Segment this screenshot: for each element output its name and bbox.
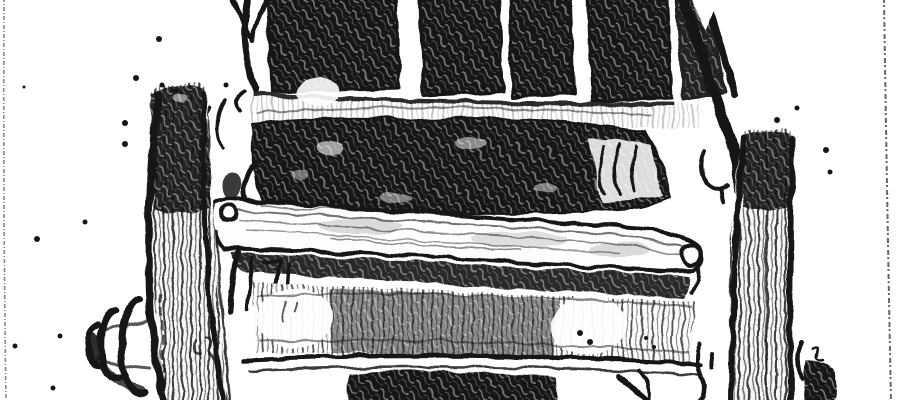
ink-speckle	[174, 89, 179, 94]
right-wheel	[729, 129, 794, 400]
beam-shade	[318, 218, 402, 234]
body-panel	[420, 0, 502, 96]
white-fleck	[534, 183, 556, 193]
ink-speckle	[795, 106, 800, 111]
beam-right-ring	[681, 245, 701, 265]
ink-speckle	[58, 334, 63, 339]
ink-speckle	[156, 36, 162, 42]
right-wheel-right-edge	[790, 138, 792, 400]
ink-speckle	[774, 117, 780, 123]
white-cloud	[296, 78, 340, 106]
ink-speckle	[160, 83, 165, 88]
white-fleck	[379, 193, 411, 203]
beam-shade	[590, 243, 650, 257]
ink-speckle	[644, 336, 648, 340]
ink-speckle	[122, 141, 128, 147]
ink-speckle	[51, 386, 56, 391]
ink-speckle	[122, 120, 128, 126]
body-panel	[509, 0, 574, 97]
ink-speckle	[13, 344, 18, 349]
beam-left-ring	[221, 205, 237, 221]
ink-speckle	[577, 330, 583, 336]
beam-shade	[472, 232, 568, 248]
right-wheel-dark-top	[740, 130, 793, 211]
ink-speckle	[133, 75, 139, 81]
dark-blob	[222, 172, 242, 200]
body-panel	[588, 0, 672, 101]
ink-speckle	[83, 220, 88, 225]
cart-sketch-figure: Rough black ink sketch of an old wooden …	[0, 0, 900, 400]
ink-speckle	[587, 339, 593, 345]
white-fleck	[317, 141, 343, 155]
white-fleck	[291, 170, 309, 180]
ink-speckle	[23, 86, 26, 89]
sketch-page: Rough black ink sketch of an old wooden …	[0, 0, 900, 400]
ink-speckle	[828, 170, 833, 175]
ink-speckle	[652, 345, 656, 349]
hatch-band-dark-overlay	[330, 288, 558, 360]
white-patch-left	[257, 288, 333, 348]
ink-speckle	[823, 147, 829, 153]
white-fleck	[173, 94, 187, 102]
ink-speckle	[34, 236, 40, 242]
ink-speckle	[224, 83, 229, 88]
bottom-center-blob	[347, 370, 559, 400]
white-fleck	[455, 137, 485, 149]
body-panel	[268, 0, 399, 92]
ink-speckle	[271, 83, 275, 87]
